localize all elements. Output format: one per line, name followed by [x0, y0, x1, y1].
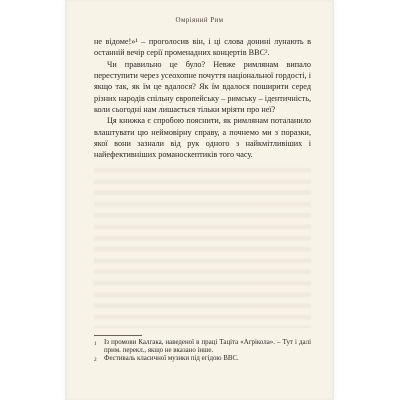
running-head: Омріяний Рим: [65, 16, 334, 24]
page-bleedthrough-texture: [94, 168, 311, 328]
footnote-text: Із промови Калгака, наведеної в праці Та…: [104, 339, 311, 355]
footnote-list: 1 Із промови Калгака, наведеної в праці …: [94, 339, 311, 363]
footnote-marker: 1: [94, 340, 104, 348]
footnote-marker: 2: [94, 356, 104, 364]
footnote-text: Фестиваль класичної музики під егідою ВВ…: [104, 355, 311, 363]
body-text-block: не відоме!»¹ – проголосив він, і ці слов…: [94, 36, 311, 161]
paragraph: Ця книжка є спробою пояснити, як римляна…: [94, 115, 311, 160]
footnotes-block: 1 Із промови Калгака, наведеної в праці …: [94, 335, 311, 363]
footnote: 1 Із промови Калгака, наведеної в праці …: [94, 339, 311, 355]
footnote: 2 Фестиваль класичної музики під егідою …: [94, 355, 311, 363]
footnote-separator-rule: [94, 335, 142, 336]
reader-canvas: Омріяний Рим не відоме!»¹ – проголосив в…: [0, 0, 400, 400]
book-page: Омріяний Рим не відоме!»¹ – проголосив в…: [65, 0, 334, 400]
paragraph: не відоме!»¹ – проголосив він, і ці слов…: [94, 36, 311, 59]
paragraph: Чи правильно це було? Невже римлянам вип…: [94, 59, 311, 116]
